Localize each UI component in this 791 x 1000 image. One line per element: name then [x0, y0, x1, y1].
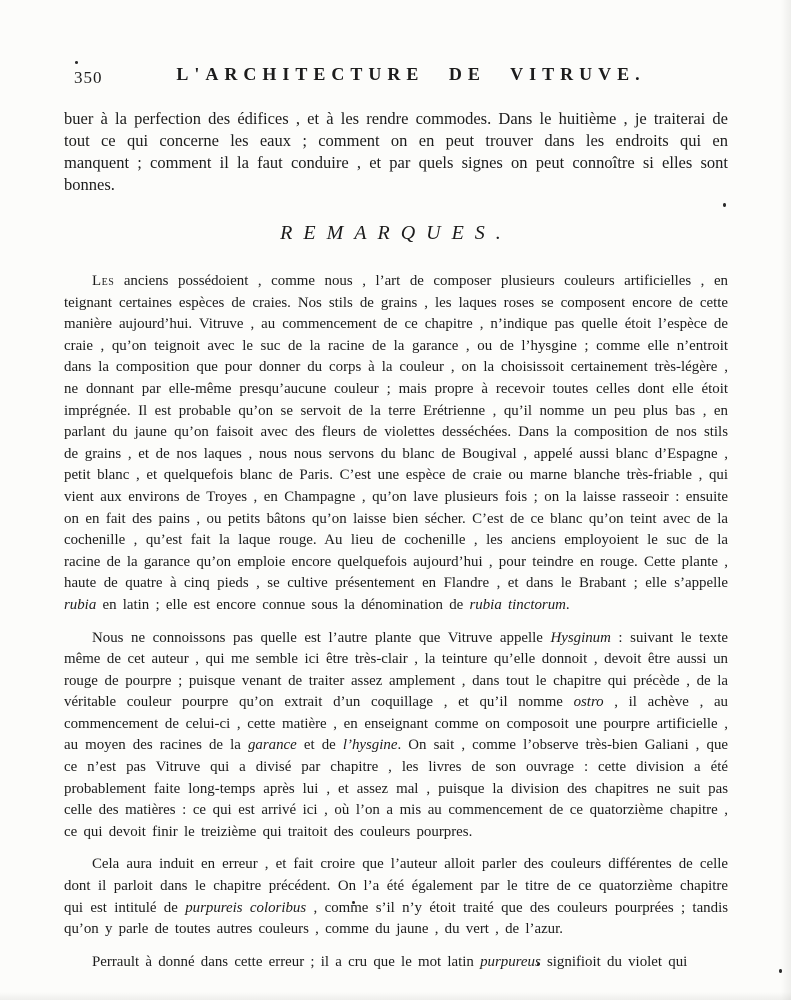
ink-speck: [779, 969, 782, 973]
running-head: 350 L'ARCHITECTURE DE VITRUVE.: [64, 64, 728, 94]
section-heading: REMARQUES.: [64, 222, 728, 245]
ink-speck: [352, 901, 355, 904]
remarks-paragraph-4: Perrault à donné dans cette erreur ; il …: [64, 952, 728, 974]
remarks-paragraph-2: Nous ne connoissons pas quelle est l’aut…: [64, 628, 728, 844]
ink-speck: [75, 61, 78, 64]
italic-term: Hysginum: [550, 630, 610, 646]
text-run: .: [566, 597, 570, 613]
remarks-paragraph-1: Les anciens possédoient , comme nous , l…: [64, 271, 728, 617]
running-title: L'ARCHITECTURE DE VITRUVE.: [64, 64, 728, 85]
italic-term: ostro: [574, 694, 604, 710]
text-run: anciens possédoient , comme nous , l’art…: [64, 273, 728, 591]
text-run: et de: [297, 737, 343, 753]
text-run: en latin ; elle est encore connue sous l…: [96, 597, 469, 613]
intro-paragraph: buer à la perfection des édifices , et à…: [64, 108, 728, 196]
remarks-paragraph-3: Cela aura induit en erreur , et fait cro…: [64, 854, 728, 940]
ink-speck: [537, 963, 539, 966]
italic-term: purpureus: [480, 954, 541, 970]
ink-speck: [723, 203, 726, 207]
italic-term: rubia tinctorum: [470, 597, 566, 613]
italic-term: l’hysgine: [343, 737, 398, 753]
text-run: signifioit du violet qui: [541, 954, 688, 970]
remarks-section: Les anciens possédoient , comme nous , l…: [64, 271, 728, 973]
text-run: Perrault à donné dans cette erreur ; il …: [92, 954, 480, 970]
italic-term: purpureis coloribus: [185, 900, 306, 916]
scanned-book-page: 350 L'ARCHITECTURE DE VITRUVE. buer à la…: [0, 0, 791, 1000]
page-number: 350: [74, 68, 103, 88]
italic-term: garance: [248, 737, 297, 753]
italic-term: rubia: [64, 597, 96, 613]
text-run: Nous ne connoissons pas quelle est l’aut…: [92, 630, 550, 646]
text-run: Les: [92, 273, 114, 289]
page-content: 350 L'ARCHITECTURE DE VITRUVE. buer à la…: [64, 64, 728, 984]
